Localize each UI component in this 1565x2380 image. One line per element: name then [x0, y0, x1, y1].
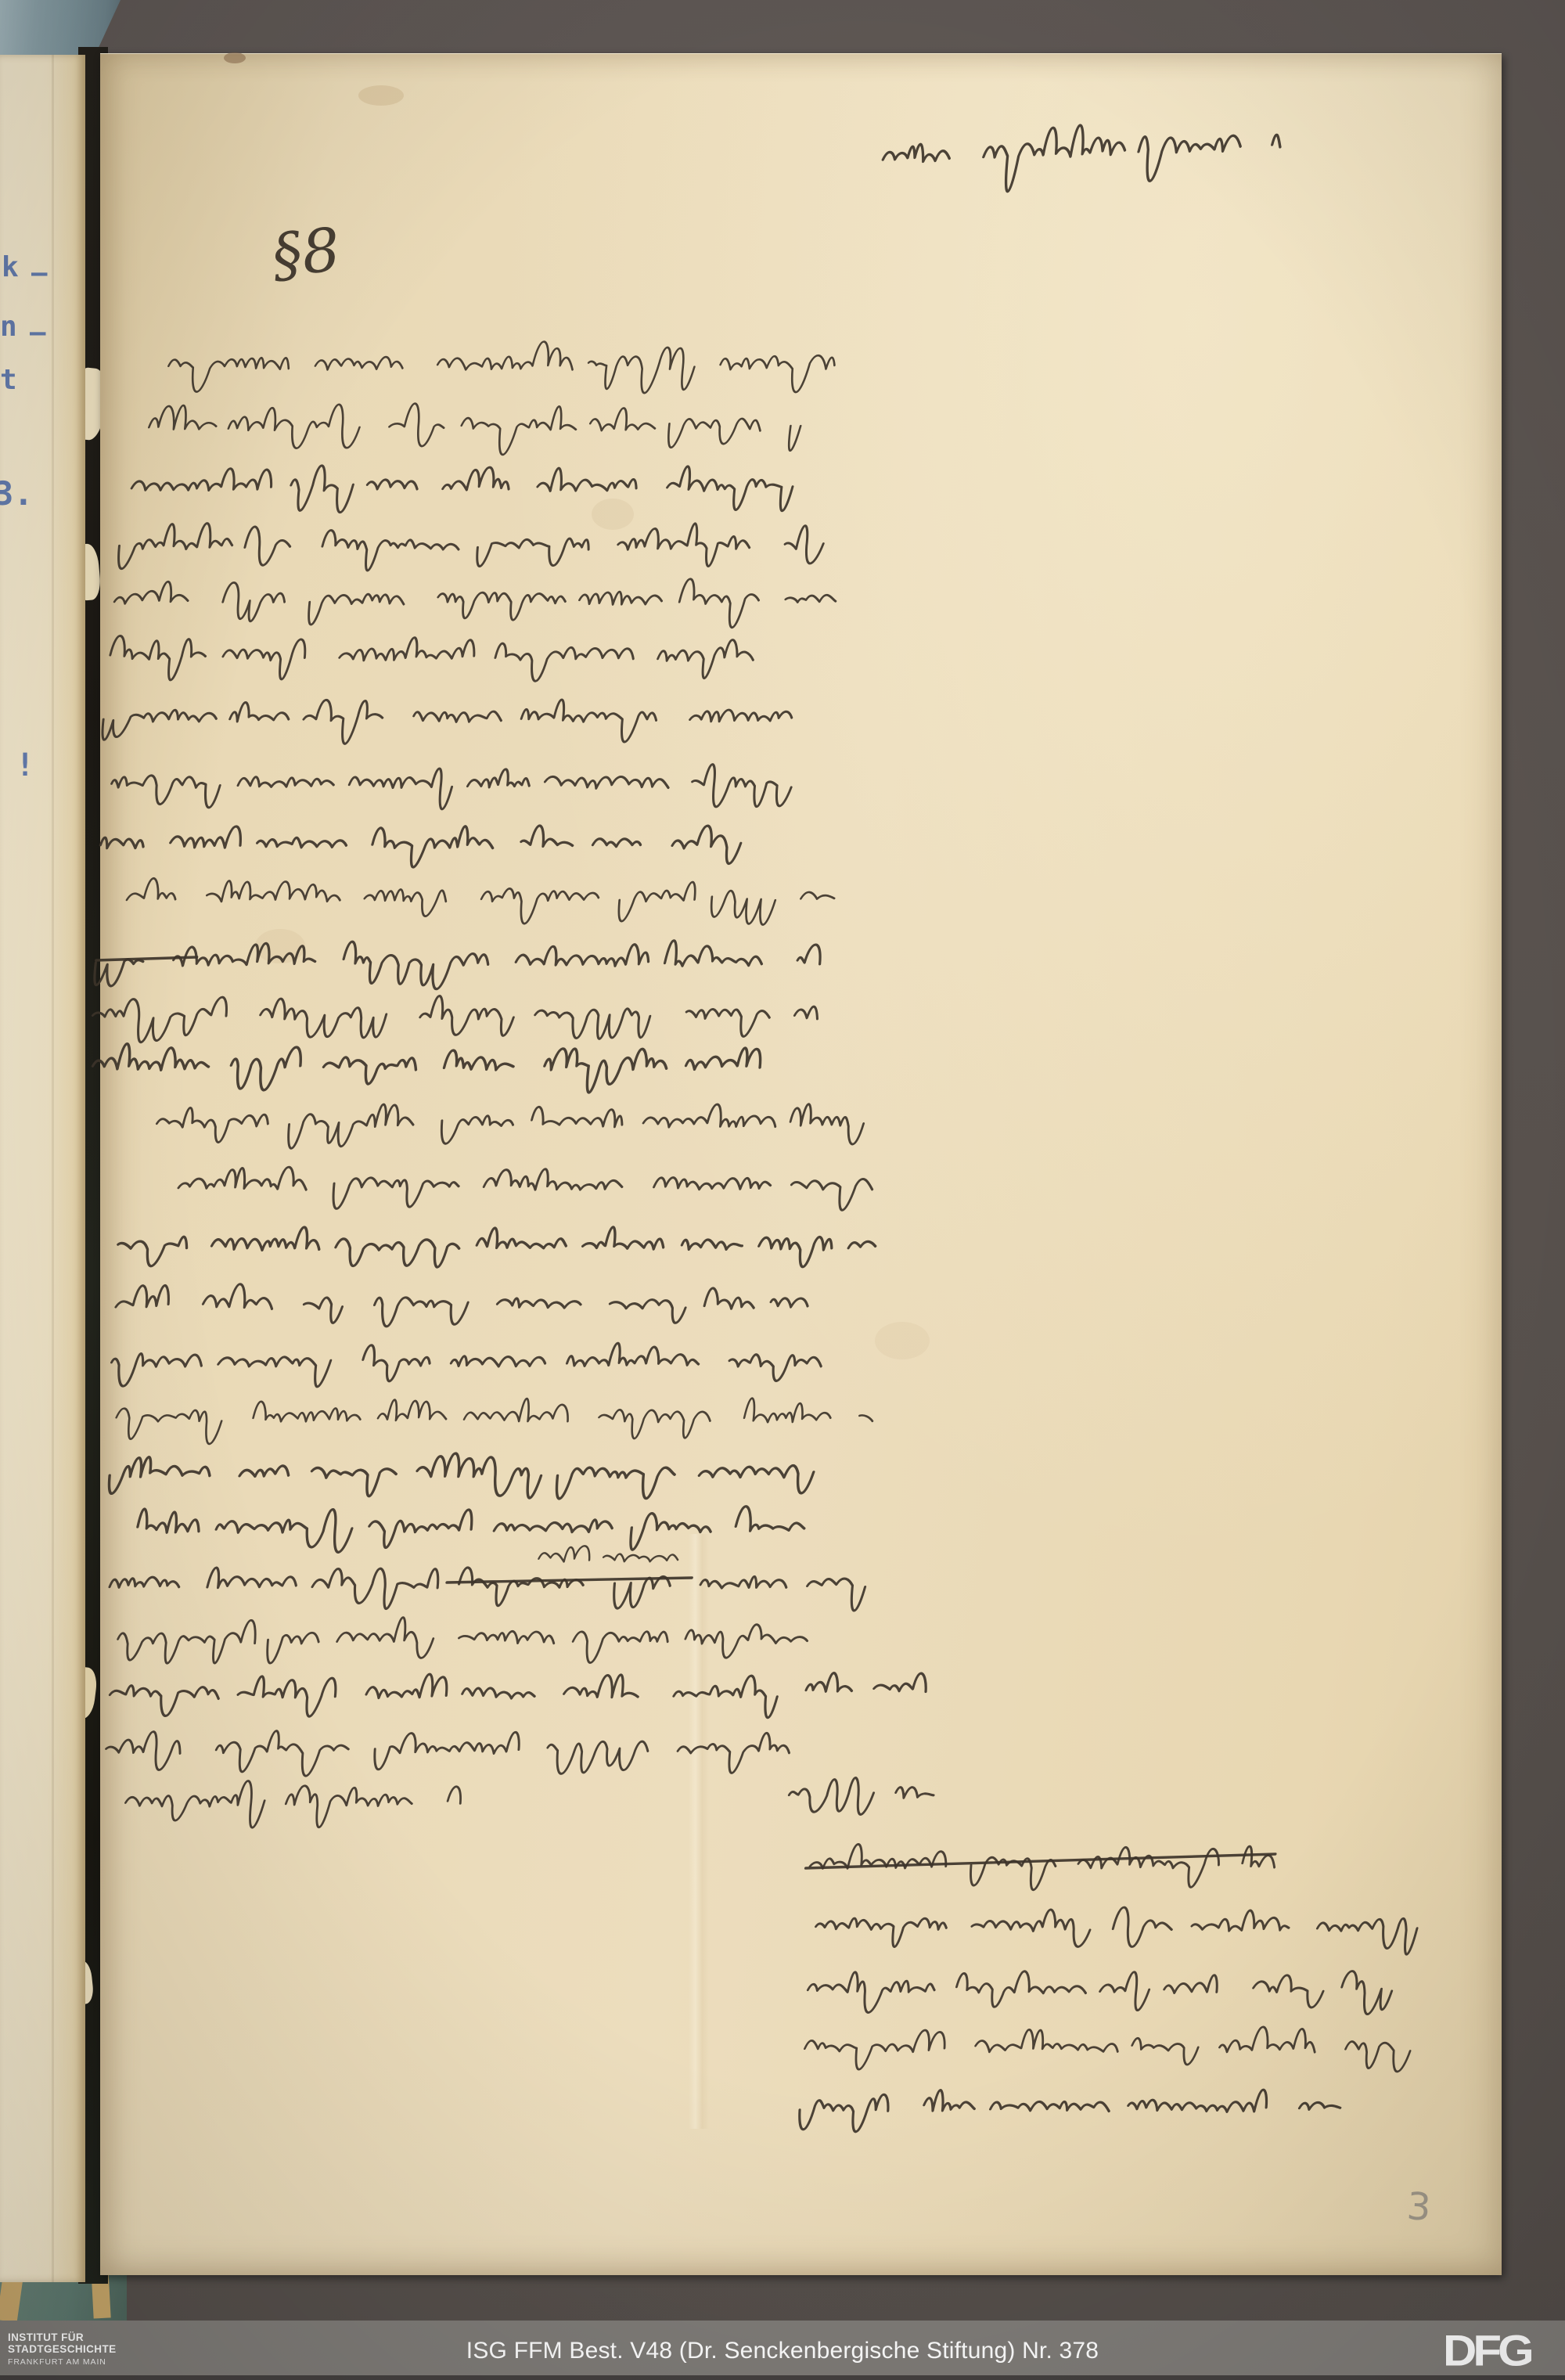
archive-logo-line: STADTGESCHICHTE: [8, 2344, 117, 2356]
foxing-spot: [255, 929, 305, 963]
pencil-page-number: 3: [1405, 2184, 1432, 2230]
typed-fragment: –: [31, 260, 47, 286]
archive-logo-line: FRANKFURT AM MAIN: [8, 2358, 117, 2367]
typed-fragment: n: [0, 313, 17, 341]
foxing-spot: [875, 1322, 930, 1359]
manuscript-page: [100, 53, 1502, 2275]
foxing-spot: [358, 85, 404, 106]
typed-fragment: 3.: [0, 477, 34, 510]
paper-crease: [689, 1534, 709, 2129]
dfg-logo: DFG: [1443, 2326, 1531, 2375]
left-page-sliver: k–n–t3.!: [0, 55, 85, 2282]
footer-bar: INSTITUT FÜR STADTGESCHICHTE FRANKFURT A…: [0, 2321, 1565, 2380]
archive-logo: INSTITUT FÜR STADTGESCHICHTE FRANKFURT A…: [8, 2332, 117, 2367]
archive-caption: ISG FFM Best. V48 (Dr. Senckenbergische …: [466, 2338, 1099, 2364]
page-fold-shadow: [52, 55, 54, 2282]
foxing-spot: [592, 499, 634, 530]
section-mark: §8: [269, 214, 344, 291]
typed-fragment: –: [30, 319, 45, 346]
archive-logo-line: INSTITUT FÜR: [8, 2332, 117, 2344]
archival-scan: k–n–t3.! §8 3 INSTITUT FÜR STADTGESCHICH…: [0, 0, 1565, 2380]
typed-fragment: k: [2, 254, 19, 282]
edge-stain: [224, 52, 246, 63]
typed-fragment: t: [0, 366, 17, 394]
typed-fragment: !: [16, 750, 34, 781]
